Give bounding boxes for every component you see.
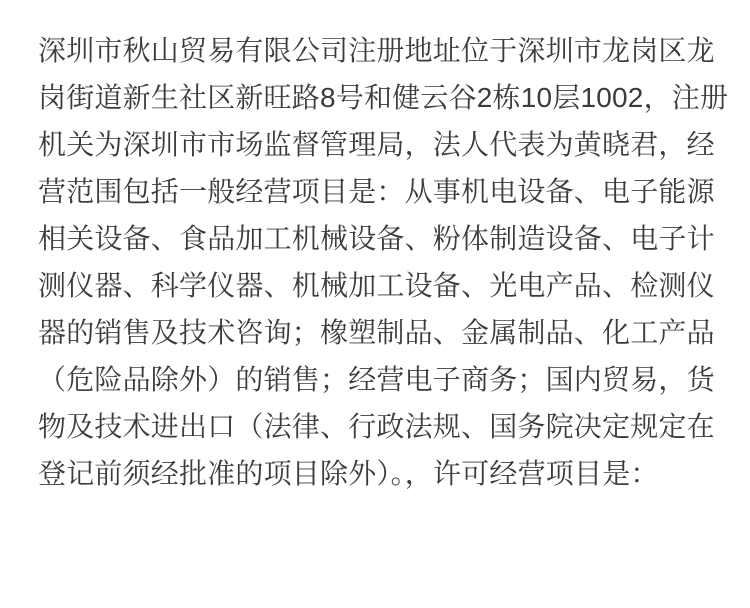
text-line: 深圳市秋山贸易有限公司注册地址位于深圳市龙岗区龙	[38, 27, 712, 74]
page: { "page": { "background_color": "#ffffff…	[0, 0, 750, 608]
text-line: 岗街道新生社区新旺路8号和健云谷2栋10层1002，注册	[38, 74, 712, 121]
text-line: 机关为深圳市市场监督管理局，法人代表为黄晓君，经	[38, 121, 712, 168]
company-registration-text-block: 深圳市秋山贸易有限公司注册地址位于深圳市龙岗区龙岗街道新生社区新旺路8号和健云谷…	[0, 0, 750, 497]
text-line: 相关设备、食品加工机械设备、粉体制造设备、电子计	[38, 215, 712, 262]
text-line: 测仪器、科学仪器、机械加工设备、光电产品、检测仪	[38, 262, 712, 309]
text-line: 登记前须经批准的项目除外）。，许可经营项目是：	[38, 450, 712, 497]
text-line: 器的销售及技术咨询；橡塑制品、金属制品、化工产品	[38, 309, 712, 356]
text-line: 物及技术进出口（法律、行政法规、国务院决定规定在	[38, 403, 712, 450]
text-line: （危险品除外）的销售；经营电子商务；国内贸易，货	[38, 356, 712, 403]
text-line: 营范围包括一般经营项目是：从事机电设备、电子能源	[38, 168, 712, 215]
